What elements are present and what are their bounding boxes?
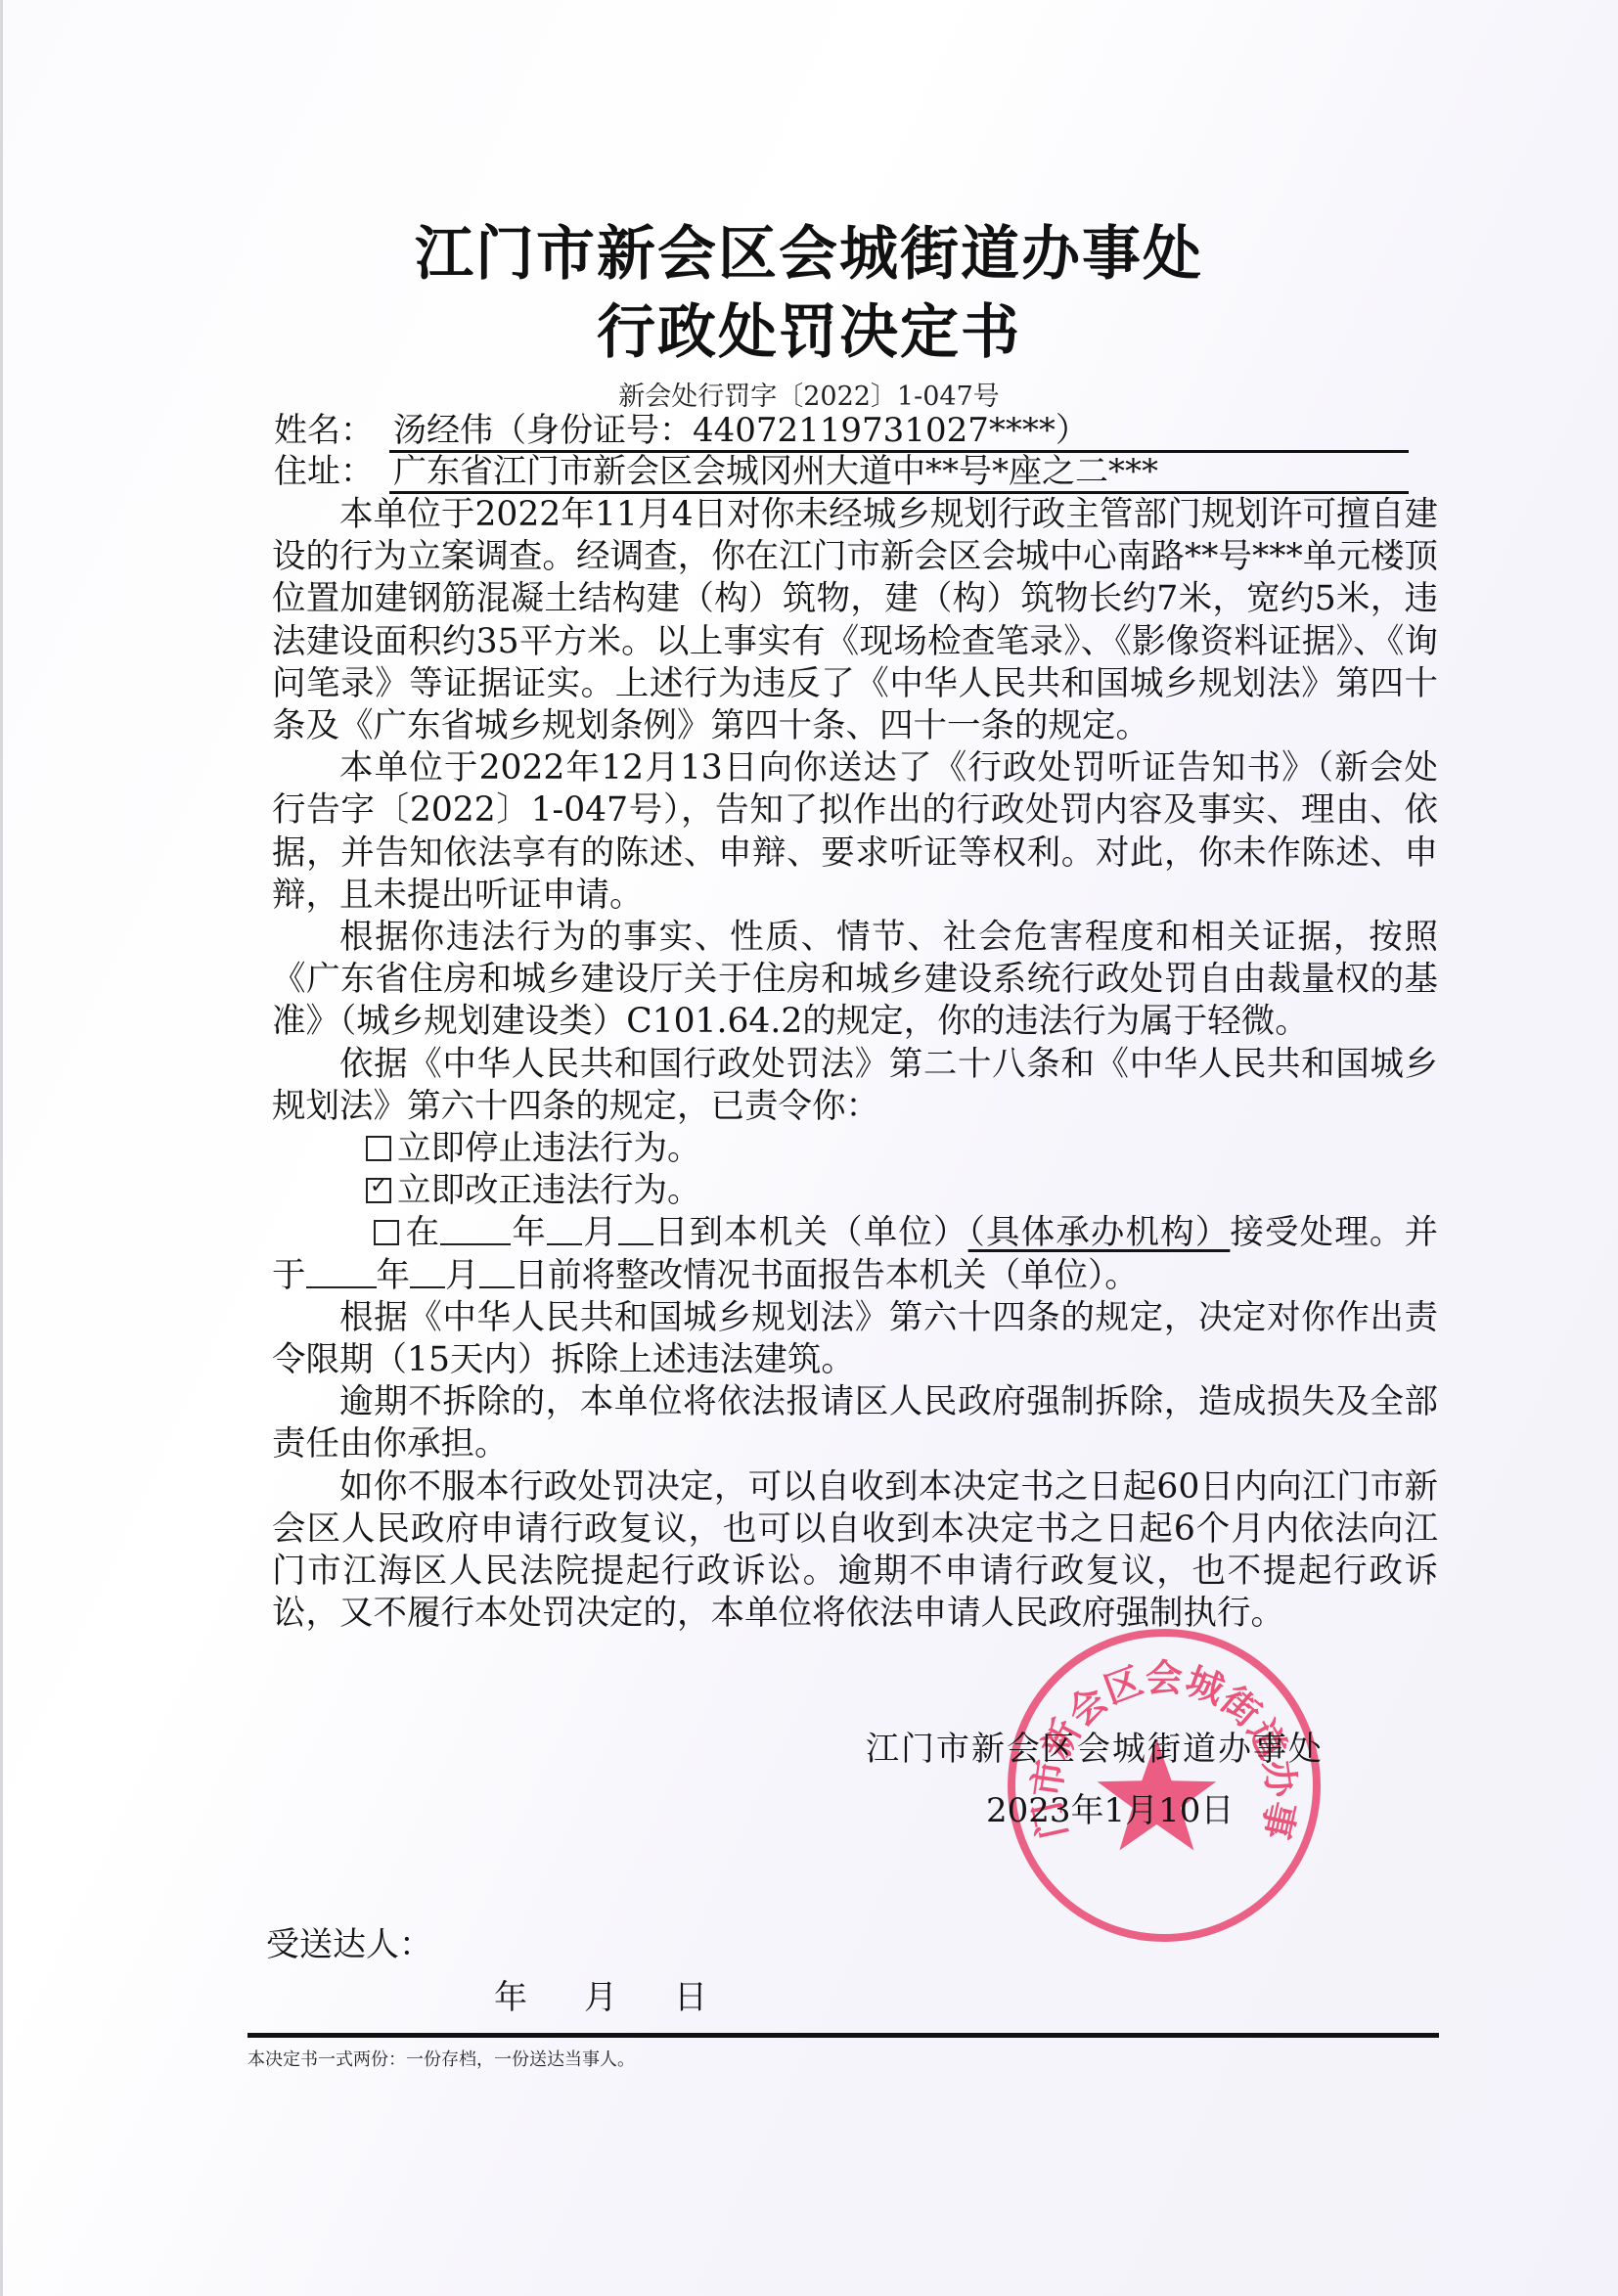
org-title: 江门市新会区会城街道办事处 [0,207,1618,292]
footer-divider [247,2033,1439,2038]
order-option-stop: 立即停止违法行为。 [272,1128,1438,1170]
order-option-correct: 立即改正违法行为。 [272,1170,1438,1212]
option-text: 年 [377,1256,411,1295]
paragraph-severity: 根据你违法行为的事实、性质、情节、社会危害程度和相关证据，按照《广东省住房和城乡… [272,917,1438,1044]
order-option-label: 立即改正违法行为。 [397,1171,701,1210]
order-option-label: 立即停止违法行为。 [397,1129,701,1168]
order-option-report: 在年月日到本机关（单位）（具体承办机构）接受处理。并于年月日前将整改情况书面报告… [272,1212,1438,1296]
signing-organization: 江门市新会区会城街道办事处 [866,1722,1324,1770]
checkbox-checked-icon [366,1178,391,1203]
document-body: 本单位于2022年11月4日对你未经城乡规划行政主管部门规划许可擅自建设的行为立… [272,494,1438,1635]
option-text: 月 [445,1256,479,1295]
blank-month [547,1216,582,1245]
footer-note: 本决定书一式两份：一份存档，一份送达当事人。 [247,2046,635,2071]
paragraph-appeal-rights: 如你不服本行政处罚决定，可以自收到本决定书之日起60日内向江门市新会区人民政府申… [272,1466,1438,1636]
address-value: 广东省江门市新会区会城冈州大道中**号*座之二*** [389,450,1409,494]
option-text: 年 [511,1213,547,1252]
paragraph-order-basis: 依据《中华人民共和国行政处罚法》第二十八条和《中华人民共和国城乡规划法》第六十四… [272,1044,1438,1128]
address-field: 住址： 广东省江门市新会区会城冈州大道中**号*座之二*** [274,450,1409,493]
paragraph-hearing-notice: 本单位于2022年12月13日向你送达了《行政处罚听证告知书》（新会处行告字〔2… [272,747,1438,917]
blank-month [410,1259,445,1288]
blank-year [440,1216,511,1245]
checkbox-unchecked-icon [374,1220,399,1245]
recipient-date: 年月日 [494,1970,764,2018]
recipient-day: 日 [674,1970,707,2018]
option-text: 日到本机关（单位） [653,1213,968,1252]
paragraph-decision: 根据《中华人民共和国城乡规划法》第六十四条的规定，决定对你作出责令限期（15天内… [272,1297,1438,1381]
paragraph-enforcement: 逾期不拆除的，本单位将依法报请区人民政府强制拆除，造成损失及全部责任由你承担。 [272,1381,1438,1465]
name-value: 汤经伟（身份证号：44072119731027****） [389,409,1409,453]
option-text: 日前将整改情况书面报告本机关（单位）。 [515,1256,1139,1295]
signing-date: 2023年1月10日 [986,1783,1234,1831]
recipient-year: 年 [494,1970,527,2018]
checkbox-unchecked-icon [366,1136,391,1161]
blank-day [618,1216,653,1245]
blank-year [306,1259,377,1288]
recipient-label: 受送达人： [266,1917,432,1965]
address-label: 住址： [274,450,389,493]
document-title: 行政处罚决定书 [0,286,1618,370]
blank-day [479,1259,515,1288]
option-text: 在 [405,1213,441,1252]
recipient-month: 月 [584,1970,617,2018]
option-text: 月 [582,1213,618,1252]
handling-unit: （具体承办机构） [968,1213,1231,1252]
paragraph-investigation: 本单位于2022年11月4日对你未经城乡规划行政主管部门规划许可擅自建设的行为立… [272,494,1438,747]
name-field: 姓名： 汤经伟（身份证号：44072119731027****） [274,409,1409,452]
name-label: 姓名： [274,409,389,452]
document-number: 新会处行罚字〔2022〕1-047号 [0,375,1618,413]
